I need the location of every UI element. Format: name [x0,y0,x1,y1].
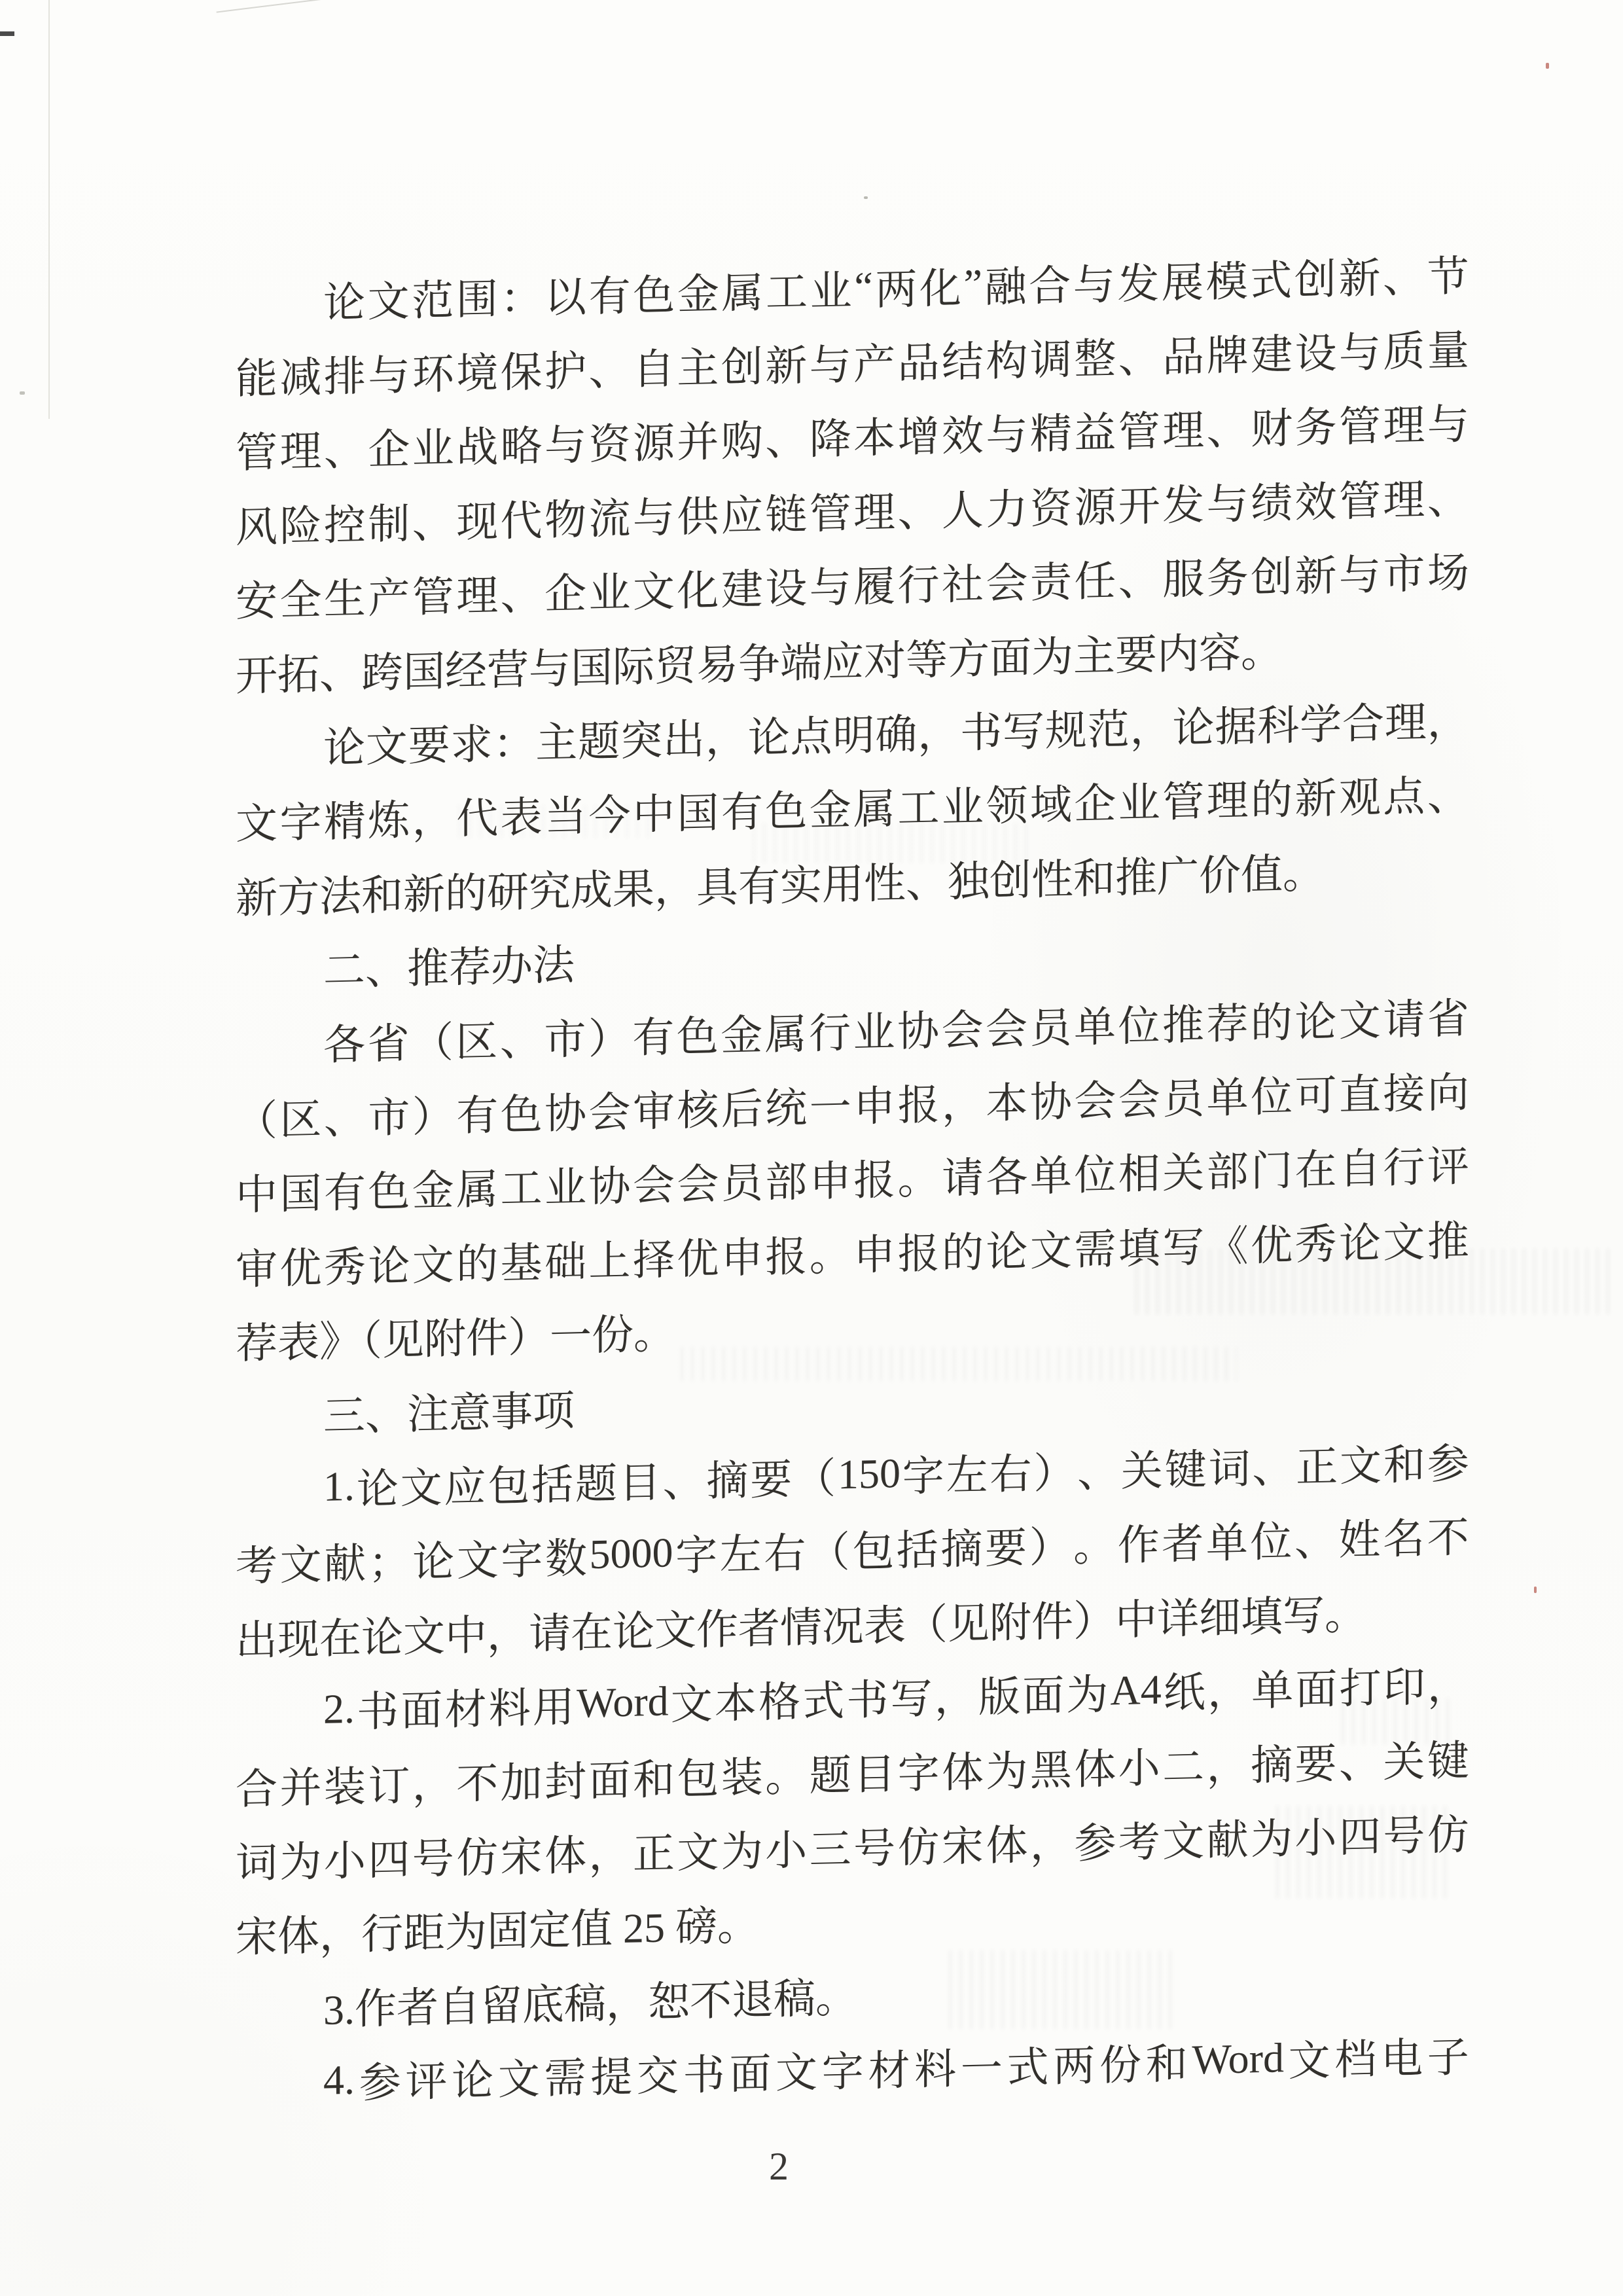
document-body-text: 论文范围：以有色金属工业“两化”融合与发展模式创新、节能减排与环境保护、自主创新… [236,236,1469,2120]
page-number: 2 [726,2144,831,2189]
scanned-document-page: 论文范围：以有色金属工业“两化”融合与发展模式创新、节能减排与环境保护、自主创新… [0,0,1623,2296]
ink-speck [20,391,25,395]
ink-speck [1546,63,1549,69]
scan-edge-mark [0,31,14,36]
ink-speck [864,196,868,199]
scan-edge-line [217,0,340,13]
scanner-streak [48,0,50,419]
ink-speck [1534,1587,1537,1593]
